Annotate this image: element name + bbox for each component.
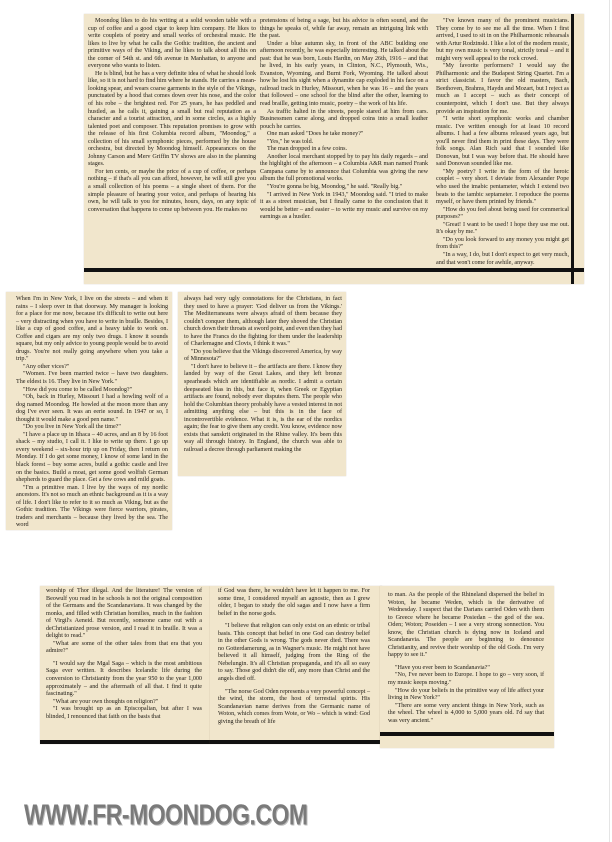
clipping-middle-left: When I'm in New York, I live on the stre… [6,292,172,530]
paragraph: "Do you live in New York all the time?" [16,424,168,432]
paragraph: "I write short symphonic works and chamb… [436,116,569,169]
paragraph: Another local merchant stopped by to pay… [260,154,428,184]
paragraph: "Great! I want to be used! I hope they u… [436,222,569,237]
paragraph: "In a way, I do, but I don't expect to g… [436,252,569,267]
column-rule-horizontal [380,732,554,736]
clipping-middle-column-1: When I'm in New York, I live on the stre… [16,296,168,530]
paragraph: "I'm a primitive man. I live by the ways… [16,485,168,530]
paragraph: When I'm in New York, I live on the stre… [16,296,168,364]
paragraph: worship of Thor illegal. And the literat… [46,588,202,641]
paragraph: Under a blue autumn sky, in front of the… [260,41,428,109]
column-rule-vertical [571,14,574,284]
clipping-top-column-1: Moondog likes to do his writing at a sol… [88,18,256,214]
paragraph: "There are some very ancient things in N… [388,703,544,726]
paragraph: "I would say the Mgal Saga – which is th… [46,661,202,699]
paragraph: to man. As the people of the Rhineland d… [388,592,544,660]
paragraph: "How did you come to be called Moondog?" [16,387,168,395]
paragraph: "I've known many of the prominent musici… [436,18,569,63]
clipping-bottom-left: worship of Thor illegal. And the literat… [40,586,210,744]
clipping-bottom-column-2: if God was there, he wouldn't have let i… [218,588,370,726]
paragraph: "My poetry? I write in the form of the h… [436,169,569,207]
paragraph: "I arrived in New York in 1943," Moondog… [260,192,428,222]
paragraph: "My favorite performers? I would say the… [436,63,569,116]
clipping-bottom-column-1: worship of Thor illegal. And the literat… [46,588,202,721]
clipping-top-column-2: pretensions of being a sage, but his adv… [260,18,428,222]
paragraph: "Women. I've been married twice – have t… [16,371,168,386]
paragraph: "Do you look forward to any money you mi… [436,237,569,252]
paragraph: "You're gonna be big, Moondog," he said.… [260,184,428,192]
paragraph: "Oh, back in Hurley, Missouri I had a ho… [16,394,168,424]
paragraph: always had very ugly connotations for th… [184,296,342,349]
site-watermark: WWW.FR-MOONDOG.COM [24,798,308,832]
clipping-bottom-right: to man. As the people of the Rhineland d… [380,586,554,748]
paragraph: "I have a place up in Ithaca – 40 acres,… [16,432,168,485]
clipping-bottom-middle: if God was there, he wouldn't have let i… [210,586,382,744]
paragraph: One man asked "Does he take money?" [260,131,428,139]
clipping-bottom-column-3: to man. As the people of the Rhineland d… [388,592,544,725]
paragraph: "Do you believe that the Vikings discove… [184,349,342,364]
column-rule-horizontal [40,740,213,744]
paragraph: "How do you feel about being used for co… [436,207,569,222]
paragraph: "How do your beliefs in the primitive wa… [388,688,544,703]
paragraph: "What are some of the other tales from t… [46,641,202,656]
paragraph: The man dropped in a few coins. [260,146,428,154]
clipping-top: Moondog likes to do his writing at a sol… [84,14,584,284]
paragraph: For ten cents, or maybe the price of a c… [88,169,256,214]
clipping-middle-right: always had very ugly connotations for th… [178,292,346,476]
paragraph: "I don't have to believe it – the artifa… [184,364,342,455]
paragraph: "I believe that religion can only exist … [218,623,370,683]
paragraph: As traffic halted in the streets, people… [260,109,428,132]
column-rule-horizontal [210,740,382,744]
paragraph: pretensions of being a sage, but his adv… [260,18,428,41]
paragraph: "The norse God Oden represents a very po… [218,689,370,727]
clipping-middle-column-2: always had very ugly connotations for th… [184,296,342,454]
paragraph: Moondog likes to do his writing at a sol… [88,18,256,71]
paragraph: "Any other vices?" [16,364,168,372]
page-edge [609,0,610,842]
paragraph: if God was there, he wouldn't have let i… [218,588,370,618]
clipping-top-column-3: "I've known many of the prominent musici… [436,18,569,267]
column-rule-horizontal [84,268,584,272]
paragraph: "No, I've never been to Europe. I hope t… [388,672,544,687]
paragraph: "I was brought up as an Episcopalian, bu… [46,706,202,721]
paragraph: He is blind, but he has a very definite … [88,71,256,169]
